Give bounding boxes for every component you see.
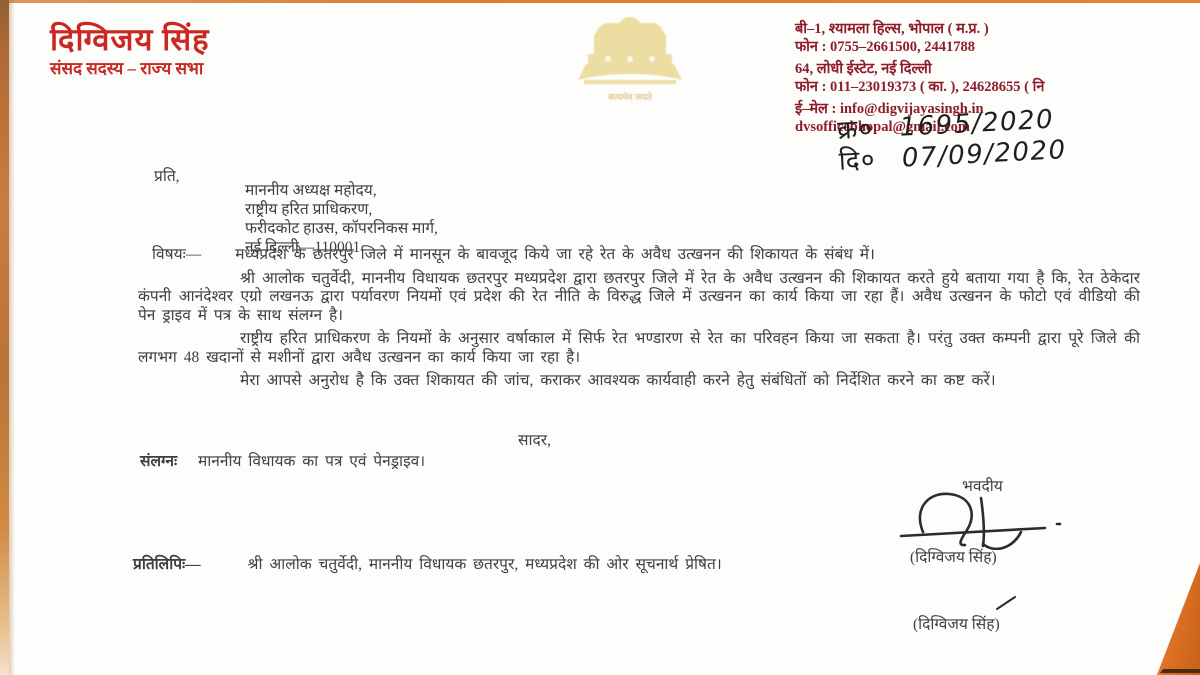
scan-paper-edge-shadow <box>1160 669 1200 673</box>
recipient-line: फरीदकोट हाउस, कॉपरनिकस मार्ग, <box>245 219 438 238</box>
signature-scribble <box>895 488 1095 550</box>
handwritten-reference: क्र० 1695/2020 दि० 07/09/2020 <box>837 104 1068 178</box>
bhopal-phone: फोन : 0755–2661500, 2441788 <box>795 38 1044 56</box>
enclosure-label: संलग्नः <box>140 453 177 470</box>
bottom-signatory-name: (दिग्विजय सिंह) <box>913 612 1000 634</box>
delhi-phone: फोन : 011–23019373 ( का. ), 24628655 ( न… <box>795 78 1044 96</box>
letterhead-designation: संसद सदस्य – राज्य सभा <box>50 56 203 79</box>
recipient-line: राष्ट्रीय हरित प्राधिकरण, <box>245 200 438 219</box>
scan-edge-top <box>0 0 1200 3</box>
subject-line: विषयः—मध्यप्रदेश के छतरपुर जिले में मानस… <box>138 246 1140 265</box>
initial-mark <box>995 596 1017 610</box>
delhi-address: 64, लोधी ईस्टेट, नई दिल्ली <box>795 60 1044 78</box>
ashoka-emblem-icon: सत्यमेव जयते <box>560 14 700 106</box>
scan-edge-left-shadow <box>9 0 15 675</box>
emblem-motto: सत्यमेव जयते <box>608 91 652 102</box>
letterhead-name: दिग्विजय सिंह <box>50 18 210 60</box>
to-label: प्रति, <box>154 164 180 186</box>
regards: सादर, <box>518 428 551 450</box>
subject-label: विषयः— <box>152 246 201 263</box>
letter-body: विषयः—मध्यप्रदेश के छतरपुर जिले में मानस… <box>138 246 1140 396</box>
recipient-line: माननीय अध्यक्ष महोदय, <box>245 181 438 200</box>
scanned-letter-page: दिग्विजय सिंह संसद सदस्य – राज्य सभा सत्… <box>0 0 1200 675</box>
scan-corner-background <box>1156 563 1200 675</box>
copy-label: प्रतिलिपिः— <box>133 556 201 573</box>
scan-edge-left <box>0 0 9 675</box>
subject-text: मध्यप्रदेश के छतरपुर जिले में मानसून के … <box>235 246 875 263</box>
ref-number-label: क्र० <box>837 114 875 147</box>
paragraph: मेरा आपसे अनुरोध है कि उक्त शिकायत की जा… <box>138 372 1140 391</box>
signatory-name: (दिग्विजय सिंह) <box>910 545 997 567</box>
paragraph: राष्ट्रीय हरित प्राधिकरण के नियमों के अन… <box>138 330 1140 367</box>
ref-date-label: दि० <box>838 145 877 178</box>
bhopal-address: बी–1, श्यामला हिल्स, भोपाल ( म.प्र. ) <box>795 20 1044 38</box>
copy-to-line: प्रतिलिपिः— श्री आलोक चतुर्वेदी, माननीय … <box>133 552 722 574</box>
copy-text: श्री आलोक चतुर्वेदी, माननीय विधायक छतरपु… <box>248 556 722 573</box>
enclosure-line: संलग्नः माननीय विधायक का पत्र एवं पेनड्र… <box>140 449 425 471</box>
enclosure-text: माननीय विधायक का पत्र एवं पेनड्राइव। <box>198 453 425 470</box>
paragraph: श्री आलोक चतुर्वेदी, माननीय विधायक छतरपु… <box>138 270 1140 326</box>
